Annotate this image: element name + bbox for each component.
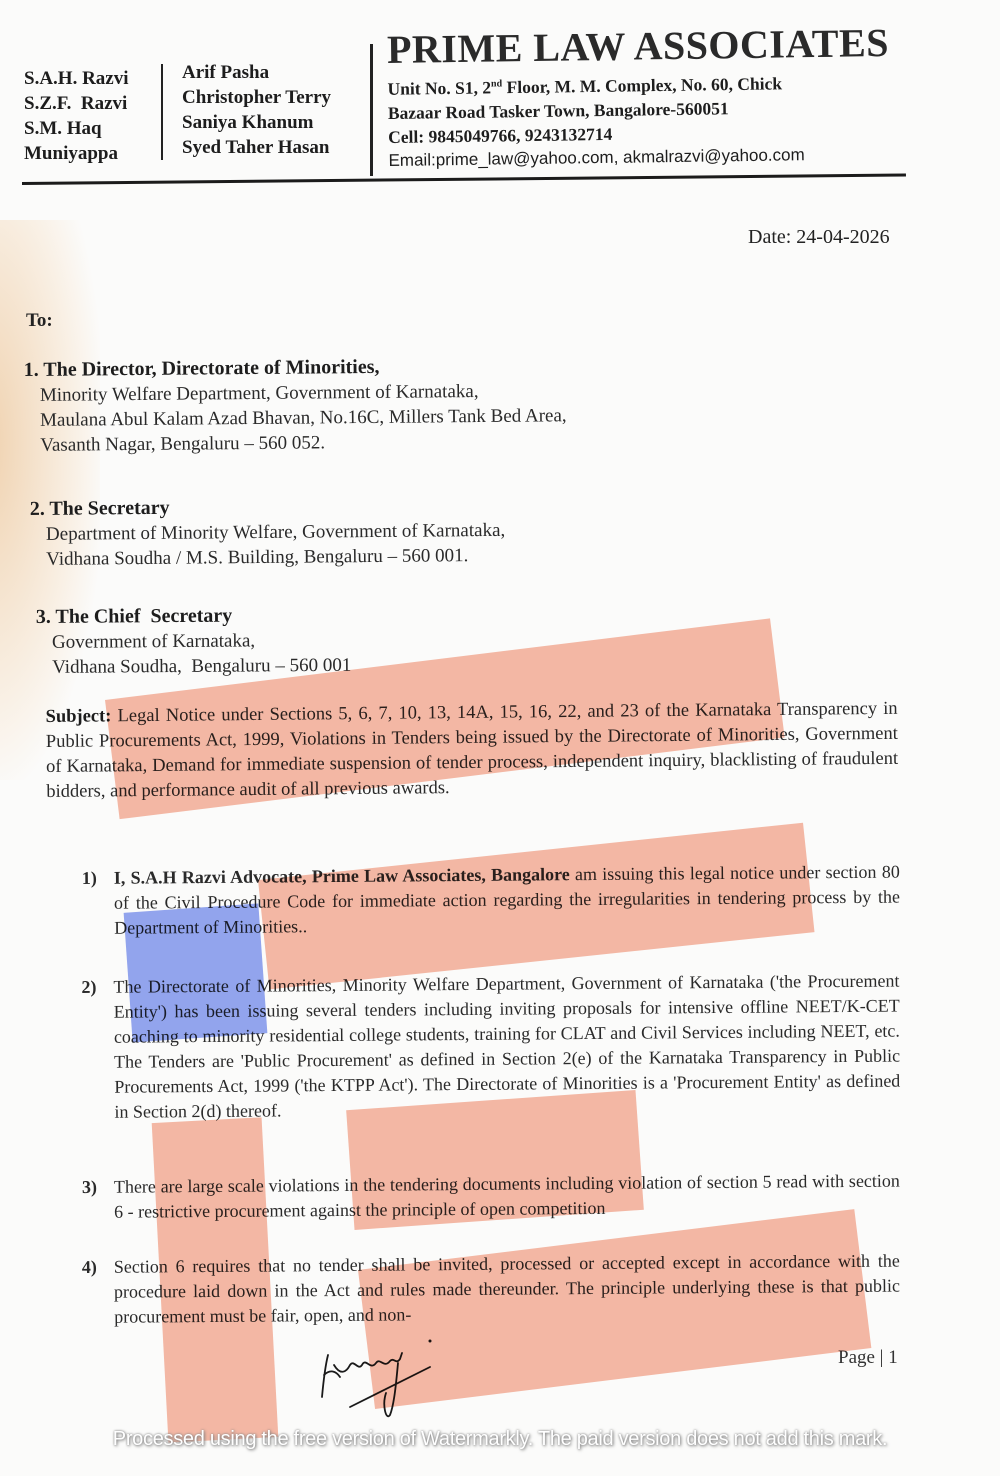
watermark-text: Processed using the free version of Wate…: [0, 1428, 1000, 1451]
recipient-line: Vidhana Soudha / M.S. Building, Bengalur…: [30, 543, 505, 572]
signature-icon: [310, 1335, 450, 1420]
subject-label: Subject:: [46, 706, 112, 727]
partner-name: S.A.H. Razvi: [24, 66, 129, 91]
partner-name: Syed Taher Hasan: [182, 135, 331, 160]
item-number: 3): [82, 1175, 97, 1200]
email-addresses: Email:prime_law@yahoo.com, akmalrazvi@ya…: [388, 143, 805, 173]
item-text: Section 6 requires that no tender shall …: [114, 1249, 901, 1330]
recipient-3: 3. The Chief Secretary Government of Kar…: [36, 603, 352, 680]
recipient-heading: 3. The Chief Secretary: [36, 603, 351, 630]
legal-notice-page: S.A.H. Razvi S.Z.F. Razvi S.M. Haq Muniy…: [0, 0, 1000, 1476]
partner-name: Saniya Khanum: [182, 110, 331, 135]
partner-name: Christopher Terry: [182, 85, 331, 110]
recipient-line: Vasanth Nagar, Bengaluru – 560 052.: [24, 428, 567, 458]
numbered-item: 1) I, S.A.H Razvi Advocate, Prime Law As…: [82, 860, 901, 941]
to-label: To:: [26, 310, 53, 332]
letterhead-divider: [161, 64, 163, 160]
partner-name: S.Z.F. Razvi: [24, 91, 129, 116]
numbered-item: 4) Section 6 requires that no tender sha…: [82, 1249, 901, 1330]
item-text: There are large scale violations in the …: [114, 1169, 900, 1225]
partner-name: S.M. Haq: [24, 116, 129, 141]
partners-column-2: Arif Pasha Christopher Terry Saniya Khan…: [182, 60, 331, 160]
numbered-item: 3) There are large scale violations in t…: [82, 1169, 900, 1225]
partners-column-1: S.A.H. Razvi S.Z.F. Razvi S.M. Haq Muniy…: [24, 66, 129, 166]
letterhead-rule: [22, 174, 906, 185]
recipient-line: Government of Karnataka,: [36, 628, 351, 655]
page-number: Page | 1: [838, 1347, 898, 1369]
numbered-item: 2) The Directorate of Minorities, Minori…: [81, 969, 900, 1125]
item-number: 2): [81, 975, 96, 1000]
firm-address: Unit No. S1, 2nd Floor, M. M. Complex, N…: [387, 68, 805, 173]
item-bold-text: I, S.A.H Razvi Advocate, Prime Law Assoc…: [114, 864, 570, 888]
subject-text: Legal Notice under Sections 5, 6, 7, 10,…: [46, 699, 898, 802]
item-text: The Directorate of Minorities, Minority …: [113, 969, 900, 1125]
partner-name: Muniyappa: [24, 141, 129, 166]
partner-name: Arif Pasha: [182, 60, 331, 85]
recipient-line: Vidhana Soudha, Bengaluru – 560 001: [36, 653, 351, 680]
firm-name: PRIME LAW ASSOCIATES: [387, 19, 890, 73]
item-number: 1): [82, 866, 97, 891]
recipient-1: 1. The Director, Directorate of Minoriti…: [24, 353, 567, 458]
recipient-2: 2. The Secretary Department of Minority …: [30, 493, 506, 572]
item-number: 4): [82, 1255, 97, 1280]
letter-date: Date: 24-04-2026: [748, 226, 890, 249]
subject-paragraph: Subject: Legal Notice under Sections 5, …: [46, 697, 899, 805]
letterhead-divider: [370, 44, 373, 176]
recipient-line: Maulana Abul Kalam Azad Bhavan, No.16C, …: [24, 403, 567, 433]
